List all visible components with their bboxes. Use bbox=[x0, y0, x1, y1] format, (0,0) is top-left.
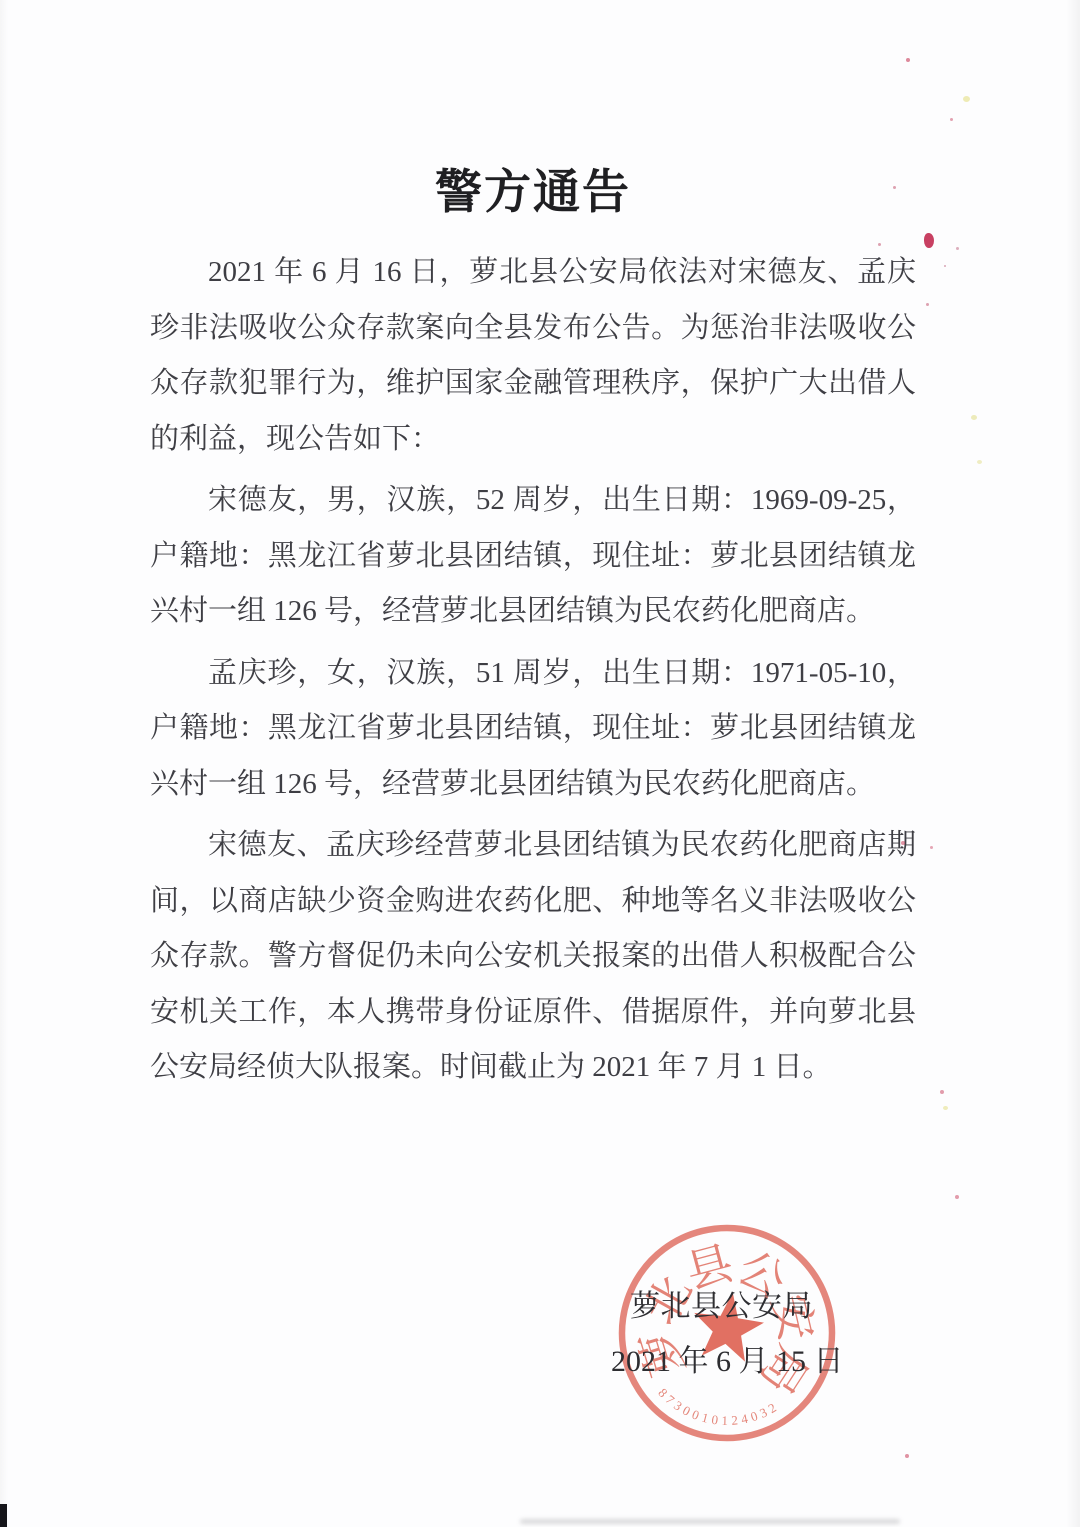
scan-speckle bbox=[930, 846, 933, 849]
body-line: 兴村一组 126 号，经营萝北县团结镇为民农药化肥商店。 bbox=[150, 584, 916, 640]
scan-speckle bbox=[893, 186, 896, 189]
body-line: 兴村一组 126 号，经营萝北县团结镇为民农药化肥商店。 bbox=[150, 757, 916, 813]
svg-text:1: 1 bbox=[700, 1410, 710, 1426]
scan-speckle bbox=[971, 415, 977, 420]
body-line: 户籍地：黑龙江省萝北县团结镇，现住址：萝北县团结镇龙 bbox=[150, 701, 916, 757]
scan-speckle bbox=[901, 841, 905, 845]
body-line: 宋德友，男，汉族，52 周岁，出生日期：1969-09-25， bbox=[150, 473, 916, 529]
notice-title: 警方通告 bbox=[150, 158, 916, 228]
svg-text:0: 0 bbox=[690, 1407, 701, 1423]
paragraph: 宋德友、孟庆珍经营萝北县团结镇为民农药化肥商店期间，以商店缺少资金购进农药化肥、… bbox=[150, 818, 916, 1096]
scan-speckle bbox=[944, 265, 946, 267]
svg-text:4: 4 bbox=[740, 1411, 750, 1427]
body-line: 孟庆珍，女，汉族，51 周岁，出生日期：1971-05-10， bbox=[150, 646, 916, 702]
paragraph: 宋德友，男，汉族，52 周岁，出生日期：1969-09-25，户籍地：黑龙江省萝… bbox=[150, 473, 916, 640]
svg-text:2: 2 bbox=[765, 1400, 778, 1416]
scan-corner-mark bbox=[0, 1504, 7, 1527]
body-line: 珍非法吸收公众存款案向全县发布公告。为惩治非法吸收公 bbox=[150, 301, 916, 357]
scan-speckle bbox=[926, 303, 929, 306]
scan-edge-shadow-right bbox=[1066, 0, 1080, 1527]
scan-speckle bbox=[905, 1454, 909, 1458]
body-line: 户籍地：黑龙江省萝北县团结镇，现住址：萝北县团结镇龙 bbox=[150, 529, 916, 585]
body-line: 安机关工作，本人携带身份证原件、借据原件，并向萝北县 bbox=[150, 985, 916, 1041]
svg-text:0: 0 bbox=[711, 1412, 720, 1428]
scan-speckle bbox=[963, 96, 970, 102]
signature-org: 萝北县公安局 bbox=[630, 1281, 813, 1325]
body-line: 间，以商店缺少资金购进农药化肥、种地等名义非法吸收公 bbox=[150, 874, 916, 930]
signature-date: 2021 年 6 月 15 日 bbox=[611, 1336, 844, 1380]
scan-speckle bbox=[977, 460, 982, 464]
scan-speckle bbox=[955, 1195, 959, 1199]
scan-speckle bbox=[906, 58, 910, 62]
notice-body: 2021 年 6 月 16 日，萝北县公安局依法对宋德友、孟庆珍非法吸收公众存款… bbox=[150, 245, 916, 1096]
scan-speckle bbox=[943, 1106, 948, 1110]
scan-edge-shadow-left bbox=[0, 0, 8, 1527]
scan-speckle bbox=[940, 1090, 944, 1094]
scan-speckle bbox=[878, 243, 881, 246]
paragraph: 孟庆珍，女，汉族，51 周岁，出生日期：1971-05-10，户籍地：黑龙江省萝… bbox=[150, 646, 916, 813]
svg-text:1: 1 bbox=[721, 1413, 728, 1428]
body-line: 的利益，现公告如下： bbox=[150, 412, 916, 468]
official-seal: 萝北县公安局 2304210100378 bbox=[597, 1203, 857, 1463]
body-line: 公安局经侦大队报案。时间截止为 2021 年 7 月 1 日。 bbox=[150, 1040, 916, 1096]
body-line: 众存款犯罪行为，维护国家金融管理秩序，保护广大出借人 bbox=[150, 356, 916, 412]
scan-speckle bbox=[950, 118, 953, 121]
scan-speckle bbox=[924, 233, 934, 248]
seal-serial-number: 2304210100378 bbox=[652, 1384, 780, 1436]
scan-speckle bbox=[956, 247, 959, 250]
body-line: 宋德友、孟庆珍经营萝北县团结镇为民农药化肥商店期 bbox=[150, 818, 916, 874]
scan-smudge bbox=[520, 1519, 900, 1524]
svg-text:2: 2 bbox=[731, 1412, 739, 1428]
body-line: 众存款。警方督促仍未向公安机关报案的出借人积极配合公 bbox=[150, 929, 916, 985]
body-line: 2021 年 6 月 16 日，萝北县公安局依法对宋德友、孟庆 bbox=[150, 245, 916, 301]
paragraph: 2021 年 6 月 16 日，萝北县公安局依法对宋德友、孟庆珍非法吸收公众存款… bbox=[150, 245, 916, 467]
